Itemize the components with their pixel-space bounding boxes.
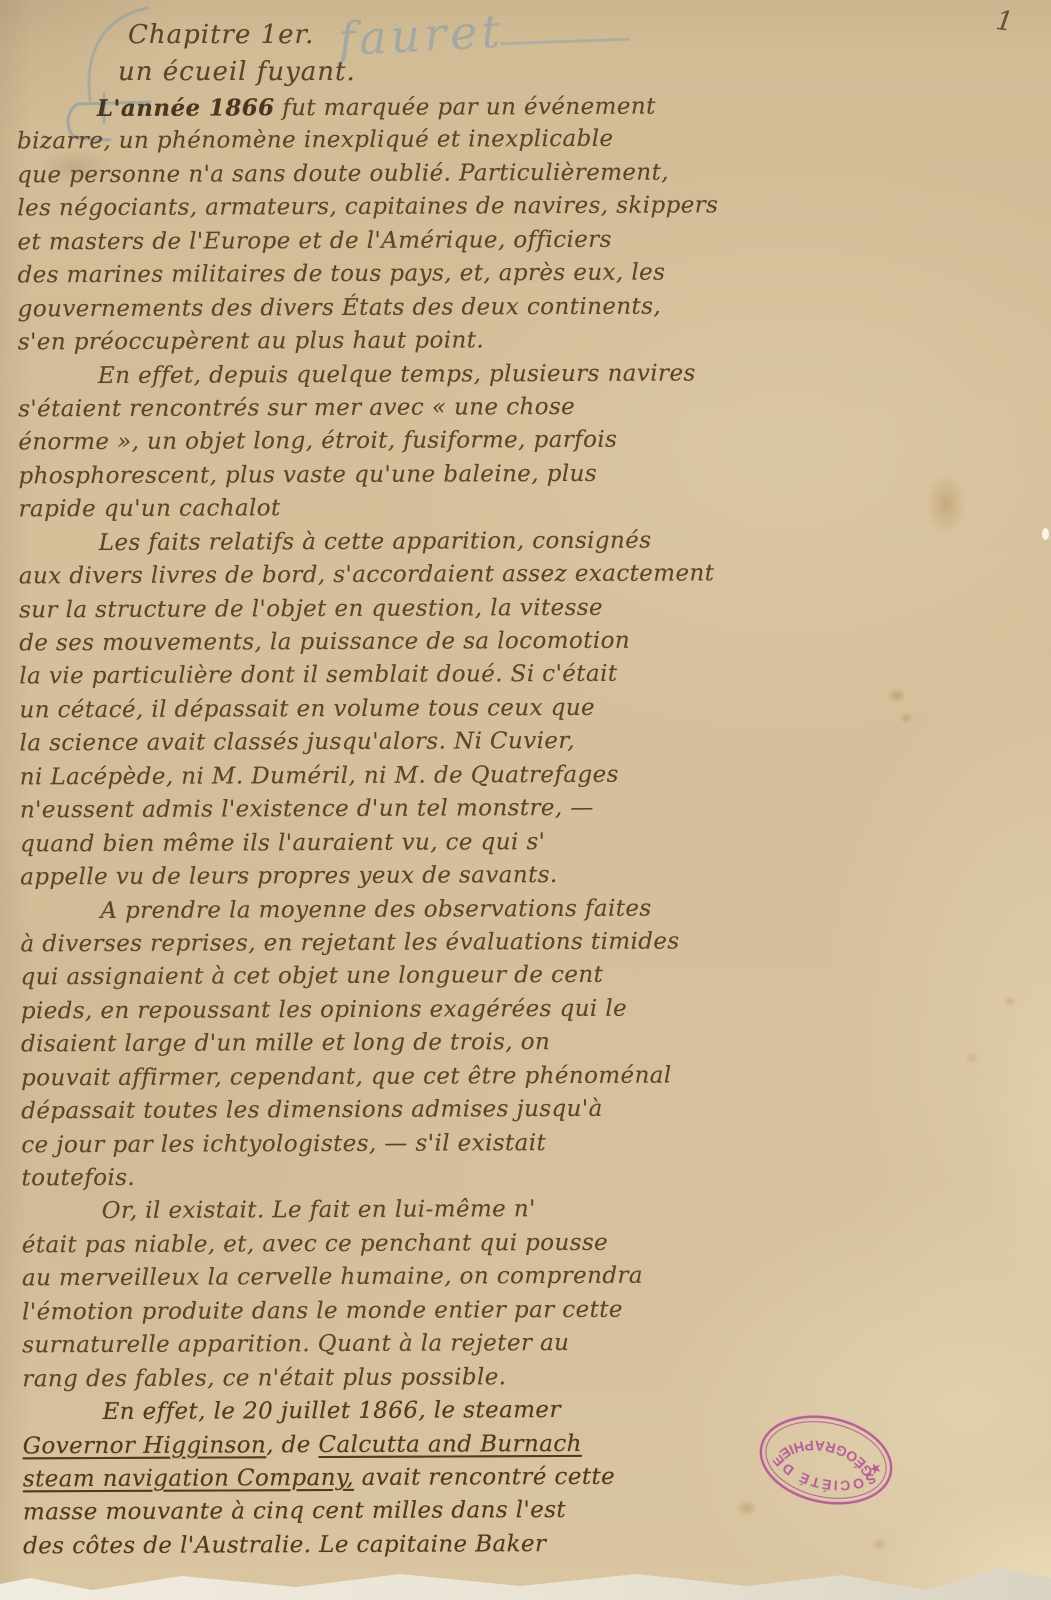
manuscript-line: des marines militaires de tous pays, et,… xyxy=(18,260,638,296)
manuscript-line: un cétacé, il dépassait en volume tous c… xyxy=(19,695,639,731)
manuscript-line: ce jour par les ichtyologistes, — s'il e… xyxy=(21,1129,641,1165)
stain xyxy=(737,1500,757,1516)
pencil-annotation: fauret xyxy=(337,4,505,67)
manuscript-line: au merveilleux la cervelle humaine, on c… xyxy=(22,1263,642,1299)
manuscript-line: bizarre, un phénomène inexpliqué et inex… xyxy=(17,126,637,162)
stamp-star-icon: ★ xyxy=(868,1460,883,1477)
manuscript-line: des côtes de l'Australie. Le capitaine B… xyxy=(23,1530,643,1566)
manuscript-paragraph: Les faits relatifs à cette apparition, c… xyxy=(19,527,641,898)
manuscript-paragraph: Or, il existait. Le fait en lui-même n'é… xyxy=(22,1196,643,1399)
stain xyxy=(888,688,906,703)
manuscript-line: phosphorescent, plus vaste qu'une balein… xyxy=(18,460,638,496)
manuscript-line: A prendre la moyenne des observations fa… xyxy=(20,895,640,931)
manuscript-line: gouvernements des divers États des deux … xyxy=(18,293,638,329)
manuscript-paragraph: L'année 1866 fut marquée par un événemen… xyxy=(17,93,638,363)
library-stamp: SOCIÉTÉ DE GÉOGRAPHIE ★ xyxy=(737,1393,915,1528)
manuscript-line: n'eussent admis l'existence d'un tel mon… xyxy=(20,795,640,831)
manuscript-line: était pas niable, et, avec ce penchant q… xyxy=(22,1230,642,1266)
manuscript-line: L'année 1866 fut marquée par un événemen… xyxy=(17,93,637,129)
manuscript-line: rapide qu'un cachalot xyxy=(19,494,639,530)
manuscript-line: et masters de l'Europe et de l'Amérique,… xyxy=(17,226,637,262)
manuscript-line: quand bien même ils l'auraient vu, ce qu… xyxy=(20,828,640,864)
manuscript-line: toutefois. xyxy=(21,1163,641,1199)
manuscript-paragraph: A prendre la moyenne des observations fa… xyxy=(20,895,641,1199)
manuscript-line: disaient large d'un mille et long de tro… xyxy=(21,1029,641,1065)
manuscript-line: pieds, en repoussant les opinions exagér… xyxy=(21,995,641,1031)
manuscript-line: rang des fables, ce n'était plus possibl… xyxy=(22,1363,642,1399)
manuscript-line: de ses mouvements, la puissance de sa lo… xyxy=(19,628,639,664)
manuscript-line: sur la structure de l'objet en question,… xyxy=(19,594,639,630)
manuscript-line: qui assignaient à cet objet une longueur… xyxy=(21,962,641,998)
manuscript-line: énorme », un objet long, étroit, fusifor… xyxy=(18,427,638,463)
manuscript-line: masse mouvante à cinq cent milles dans l… xyxy=(23,1497,643,1533)
manuscript-line: aux divers livres de bord, s'accordaient… xyxy=(19,561,639,597)
manuscript-paragraph: En effet, depuis quelque temps, plusieur… xyxy=(18,360,639,530)
manuscript-line: la vie particulière dont il semblait dou… xyxy=(19,661,639,697)
manuscript-line: Or, il existait. Le fait en lui-même n' xyxy=(22,1196,642,1232)
manuscript-line: ni Lacépède, ni M. Duméril, ni M. de Qua… xyxy=(20,761,640,797)
manuscript-line: En effet, depuis quelque temps, plusieur… xyxy=(18,360,638,396)
chapter-subtitle: un écueil fuyant. xyxy=(118,57,356,87)
stain xyxy=(900,712,913,724)
paper-light-patch xyxy=(921,930,1051,1360)
stain xyxy=(926,474,966,534)
pencil-stroke xyxy=(500,38,630,46)
manuscript-line: Les faits relatifs à cette apparition, c… xyxy=(19,527,639,563)
page-number: 1 xyxy=(994,5,1015,38)
manuscript-line: s'en préoccupèrent au plus haut point. xyxy=(18,327,638,363)
stain xyxy=(965,1052,979,1064)
manuscript-line: la science avait classés jusqu'alors. Ni… xyxy=(20,728,640,764)
chapter-title: Chapitre 1er. xyxy=(128,20,314,50)
paper-fleck xyxy=(1042,528,1049,540)
manuscript-line: l'émotion produite dans le monde entier … xyxy=(22,1296,642,1332)
stain xyxy=(872,1538,887,1550)
manuscript-body: L'année 1866 fut marquée par un événemen… xyxy=(17,93,643,1567)
manuscript-line: pouvait affirmer, cependant, que cet êtr… xyxy=(21,1062,641,1098)
manuscript-line: les négociants, armateurs, capitaines de… xyxy=(17,193,637,229)
stain xyxy=(1004,996,1016,1007)
manuscript-line: dépassait toutes les dimensions admises … xyxy=(21,1096,641,1132)
manuscript-line: que personne n'a sans doute oublié. Part… xyxy=(17,160,637,196)
manuscript-page: 1 fauret Chapitre 1er. un écueil fuyant.… xyxy=(0,0,1051,1600)
manuscript-line: En effet, le 20 juillet 1866, le steamer xyxy=(22,1397,642,1433)
manuscript-line: surnaturelle apparition. Quant à la reje… xyxy=(22,1330,642,1366)
manuscript-line: s'étaient rencontrés sur mer avec « une … xyxy=(18,394,638,430)
manuscript-paragraph: En effet, le 20 juillet 1866, le steamer… xyxy=(22,1397,643,1567)
manuscript-line: steam navigation Company, avait rencontr… xyxy=(23,1464,643,1500)
manuscript-line: Governor Higginson, de Calcutta and Burn… xyxy=(23,1430,643,1466)
manuscript-line: à diverses reprises, en rejetant les éva… xyxy=(20,929,640,965)
manuscript-line: appelle vu de leurs propres yeux de sava… xyxy=(20,862,640,898)
